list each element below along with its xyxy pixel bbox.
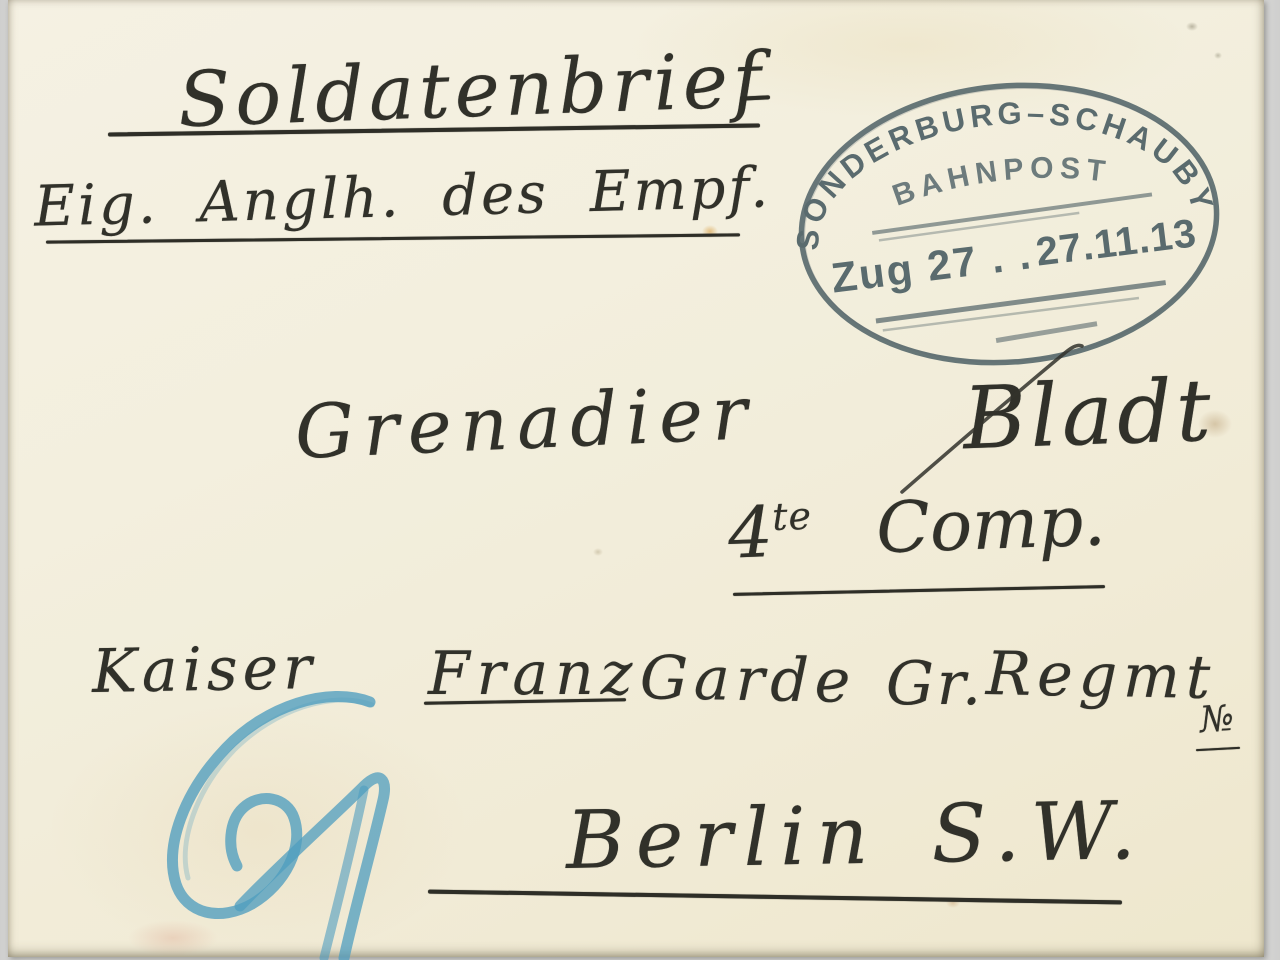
unit-line: 4teComp. <box>727 485 1107 568</box>
scanned-envelope-image: Soldatenbrief Eig. Anglh. des Empf. Gren… <box>0 0 1280 960</box>
regiment-word-regmt: Regmt <box>985 644 1216 708</box>
city-line: Berlin S.W. <box>565 791 1147 881</box>
postmark-train-text: Zug 27 . . <box>829 230 1035 301</box>
paper-stain <box>48 700 468 960</box>
paper-speck <box>1186 22 1198 31</box>
regiment-word-garde: Garde <box>639 648 856 712</box>
regiment-word-kaiser: Kaiser <box>91 638 317 702</box>
railway-postmark-stamp: SONDERBURG–SCHAUBY BAHNPOST Zug 27 . . 2… <box>788 70 1228 382</box>
addressee-rank: Grenadier <box>294 376 758 470</box>
postmark-date-text: 27.11.13 <box>1033 211 1199 274</box>
postmark-bottom-dash <box>995 324 1097 341</box>
paper-stain <box>128 920 218 956</box>
regiment-word-gr: Gr. <box>886 654 984 714</box>
paper-speck <box>1214 52 1222 59</box>
regiment-numero-sign: № <box>1199 701 1236 739</box>
regiment-word-franz: Franz <box>428 644 639 704</box>
unit-word: Comp. <box>875 479 1107 569</box>
paper-speck <box>593 548 603 556</box>
unit-ordinal: te <box>771 494 812 539</box>
unit-number: 4 <box>727 491 774 575</box>
